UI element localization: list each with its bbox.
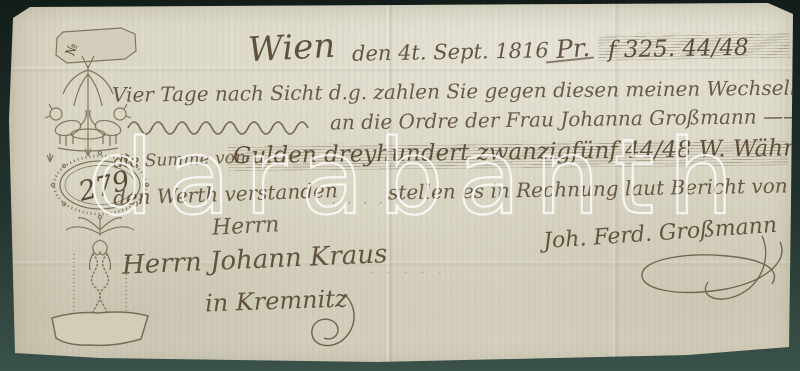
trailing-dots: · · · · · <box>370 266 446 279</box>
banner-cartouche <box>52 312 148 345</box>
sum-prefix: die Summe von <box>113 148 246 173</box>
order-clause-line: an die Ordre der Frau Johanna Großmann —… <box>330 104 800 135</box>
sum-in-words: Gulden dreyhundert zwanzigfünf 44/48 W. … <box>233 135 800 169</box>
filler-squiggle <box>126 112 326 136</box>
salutation: Herrn <box>211 212 280 240</box>
dateline-date: den 4t. Sept. 1816 <box>352 38 549 65</box>
recipient-name: Herrn Johann Kraus <box>121 239 388 281</box>
amount-figures: f 325. 44/48 <box>608 35 749 63</box>
scanned-photo-background: № <box>0 0 800 371</box>
account-clause: stellen es in Rechnung laut Bericht von <box>388 174 788 205</box>
sight-clause-line: Vier Tage nach Sicht d.g. zahlen Sie geg… <box>112 75 800 107</box>
number-stamp-box: № <box>56 28 136 63</box>
document-paper: № <box>0 0 800 371</box>
recipient-place: in Kremnitz <box>205 285 348 318</box>
dateline-city: Wien <box>247 26 336 71</box>
per-label: Pr. <box>555 33 591 64</box>
